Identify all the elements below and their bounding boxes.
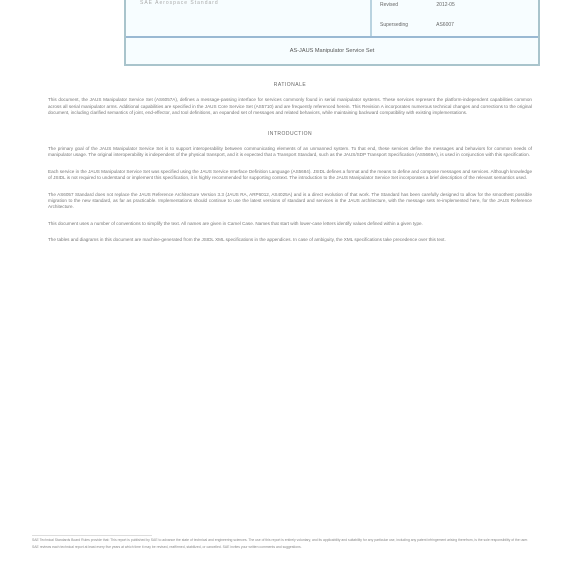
footnote-divider <box>32 535 152 536</box>
paragraph: This document uses a number of conventio… <box>48 221 532 227</box>
header-left-text: SAE Aerospace Standard <box>140 0 219 6</box>
paragraph: The tables and diagrams in this document… <box>48 237 532 243</box>
paragraph: This document, the JAUS Manipulator Serv… <box>48 97 532 116</box>
field-label: Superseding <box>380 22 435 28</box>
field-value: 2012-05 <box>436 2 454 8</box>
field-value: AS6007 <box>436 22 454 28</box>
paragraph: The primary goal of the JAUS Manipulator… <box>48 146 532 159</box>
header-top-row: SAE Aerospace Standard Revised 2012-05 S… <box>126 0 538 38</box>
footnotes: SAE Technical Standards Board Rules prov… <box>32 538 538 551</box>
header-field-revised: Revised 2012-05 <box>380 2 455 8</box>
header-field-superseding: Superseding AS6007 <box>380 22 454 28</box>
section-continued: The AS6057 Standard does not replace the… <box>48 192 532 244</box>
paragraph: The AS6057 Standard does not replace the… <box>48 192 532 211</box>
section-introduction: INTRODUCTION The primary goal of the JAU… <box>48 131 532 182</box>
paragraph: Each service in the JAUS Manipulator Ser… <box>48 169 532 182</box>
section-rationale: RATIONALE This document, the JAUS Manipu… <box>48 82 532 117</box>
field-label: Revised <box>380 2 435 8</box>
footnote: SAE Technical Standards Board Rules prov… <box>32 538 538 543</box>
document-title: AS-JAUS Manipulator Service Set <box>126 38 538 64</box>
document-header-box: SAE Aerospace Standard Revised 2012-05 S… <box>124 0 540 66</box>
header-right-cell: Revised 2012-05 Superseding AS6007 <box>374 0 538 36</box>
header-left-cell: SAE Aerospace Standard <box>126 0 372 36</box>
section-heading: RATIONALE <box>48 82 532 88</box>
document-body: RATIONALE This document, the JAUS Manipu… <box>48 82 532 254</box>
footnote: SAE reviews each technical report at lea… <box>32 545 538 550</box>
section-heading: INTRODUCTION <box>48 131 532 137</box>
